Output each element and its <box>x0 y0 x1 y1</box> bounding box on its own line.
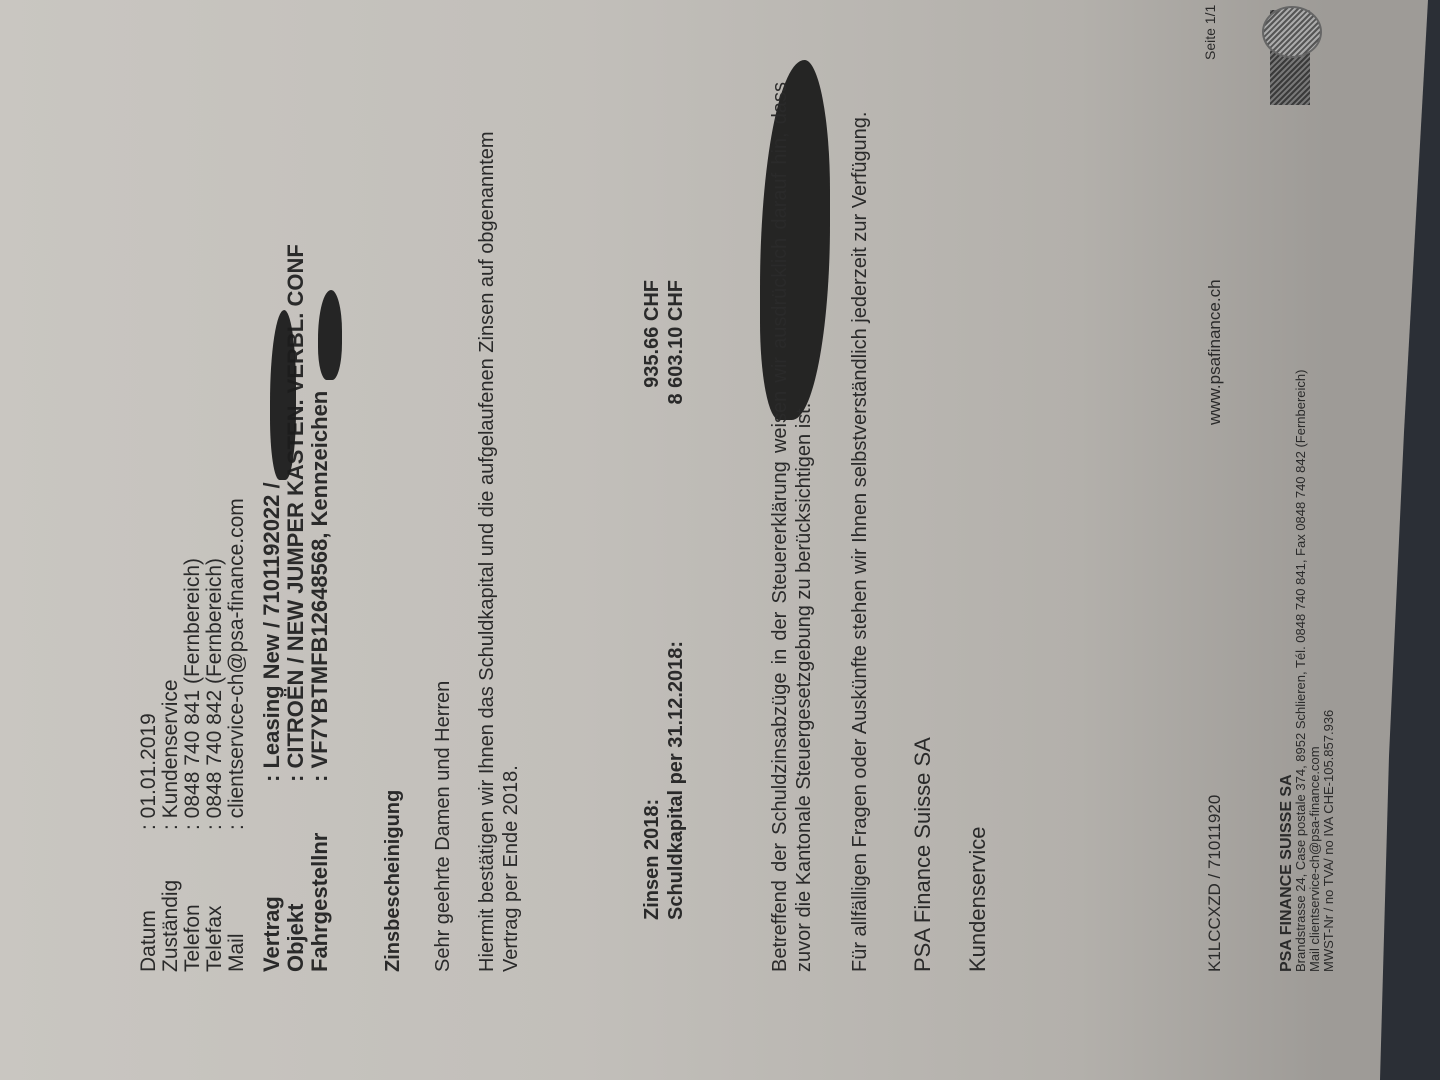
seal-icon <box>1262 6 1322 58</box>
footer-company: PSA FINANCE SUISSE SA <box>1280 370 1294 972</box>
company-logo-icon <box>1270 10 1310 105</box>
meta-row-mail: Mail: clientservice-ch@psa-finance.com <box>226 498 248 972</box>
salutation: Sehr geehrte Damen und Herren <box>432 681 455 972</box>
tax-paragraph: Betreffend der Schuldzinsabzüge in der S… <box>768 82 816 972</box>
questions-paragraph: Für allfälligen Fragen oder Auskünfte st… <box>848 82 872 972</box>
meta-row-date: Datum: 01.01.2019 <box>138 498 160 972</box>
website-link[interactable]: www.psafinance.ch <box>1205 279 1225 425</box>
footer: PSA FINANCE SUISSE SA Brandstrasse 24, C… <box>1280 370 1336 972</box>
letter-page: Datum: 01.01.2019 Zuständig: Kundenservi… <box>120 0 1440 1080</box>
signature-department: Kundenservice <box>965 826 991 972</box>
signature-company: PSA Finance Suisse SA <box>910 737 936 972</box>
meta-row-phone: Telefon: 0848 740 841 (Fernbereich) <box>182 498 204 972</box>
meta-row-responsible: Zuständig: Kundenservice <box>160 498 182 972</box>
amount-row-principal: Schuldkapital per 31.12.2018:8 603.10 CH… <box>664 280 688 920</box>
document-title: Zinsbescheinigung <box>382 790 405 972</box>
footer-mail: Mail clientservice-ch@psa-finance.com <box>1308 370 1322 972</box>
amounts-table: Zinsen 2018:935.66 CHF Schuldkapital per… <box>640 280 688 920</box>
redaction-contract <box>270 310 296 480</box>
footer-vat: MWST-Nr / no TVA/ no IVA CHE-105.857.936 <box>1322 370 1336 972</box>
footer-address: Brandstrasse 24, Case postale 374, 8952 … <box>1294 370 1308 972</box>
page-number: Seite 1/1 <box>1202 5 1218 60</box>
redaction-plate <box>318 290 342 380</box>
intro-paragraph: Hiermit bestätigen wir Ihnen das Schuldk… <box>475 92 523 972</box>
amount-row-interest: Zinsen 2018:935.66 CHF <box>640 280 664 920</box>
reference-number: K1LCCXZD / 71011920 <box>1205 795 1225 972</box>
letter-meta: Datum: 01.01.2019 Zuständig: Kundenservi… <box>138 498 248 972</box>
meta-row-fax: Telefax: 0848 740 842 (Fernbereich) <box>204 498 226 972</box>
